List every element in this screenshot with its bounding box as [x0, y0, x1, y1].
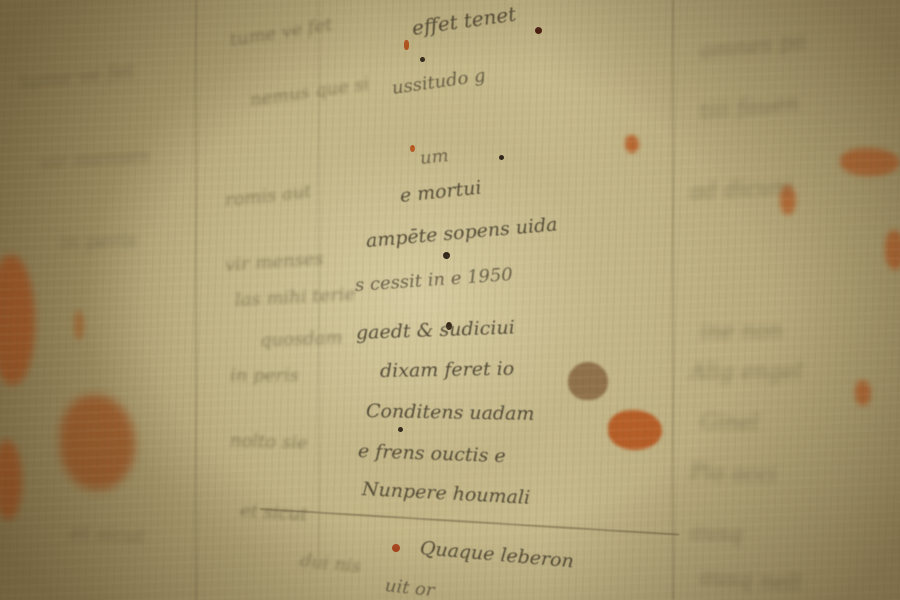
handwriting-line-right: omnes pa [699, 29, 808, 65]
ink-dot [499, 155, 504, 160]
heart-stain [568, 362, 608, 400]
ink-dot [392, 544, 400, 552]
handwriting-line-blurred: nemus que si [249, 73, 371, 111]
handwriting-line-right: Alig engel [690, 360, 802, 385]
handwriting-line: Conditens uadam [366, 400, 535, 425]
handwriting-line-right: Pia acci [690, 460, 778, 488]
handwriting-line: ampēte sopens uida [365, 213, 558, 252]
handwriting-line: dixam feret io [380, 358, 515, 382]
rust-stain-center [608, 410, 662, 450]
handwriting-line-blurred: et sicut [239, 500, 308, 526]
handwriting-line: effet tenet [410, 2, 517, 40]
ink-dot [535, 27, 542, 34]
handwriting-line-right: ad dicuni [689, 175, 793, 205]
rust-stain-left-lower [0, 440, 22, 520]
handwriting-line: e mortui [399, 177, 483, 207]
handwriting-line: s cessit in e 1950 [354, 264, 513, 296]
handwriting-line: um [419, 145, 450, 169]
handwriting-line-far-left: et sicut [69, 520, 145, 548]
handwriting-line-blurred: in peris [230, 365, 299, 386]
ink-dot [420, 57, 425, 62]
ink-dot [443, 252, 450, 259]
ink-dot [410, 145, 415, 152]
handwriting-line-blurred: las mihi terie [234, 284, 355, 311]
rust-stain-right-low [855, 380, 871, 406]
handwriting-line-far-left: tume ve fet [19, 58, 136, 94]
handwriting-line-blurred: vir menses [224, 248, 324, 276]
handwriting-line: Nunpere houmali [361, 478, 530, 509]
handwriting-line-far-left: vir menses [39, 142, 150, 174]
rust-stain-left-bottom [60, 395, 135, 490]
handwriting-line-blurred: quosdam [260, 327, 343, 351]
rust-stain-right-top [840, 148, 900, 176]
ink-dot [398, 427, 403, 432]
handwriting-line: uit or [384, 575, 436, 600]
handwriting-line-right: ine non [700, 319, 783, 345]
handwriting-line-blurred: nolto sie [230, 430, 308, 454]
handwriting-line: gaedt & sudiciui [356, 316, 515, 344]
ink-dot [404, 40, 409, 50]
column-edge-left [195, 0, 197, 600]
rust-stain-left-large [0, 255, 35, 385]
rust-stain-small-left [74, 310, 84, 340]
column-edge-right [672, 0, 674, 600]
handwriting-line-right: tiii fauen [699, 91, 800, 125]
handwriting-line: ussitudo g [391, 65, 487, 99]
handwriting-line-right: Ginel [700, 410, 759, 436]
rust-stain-top-right [625, 135, 639, 153]
handwriting-line-right: ausq [689, 520, 743, 548]
rust-stain-right-edge [885, 230, 900, 270]
handwriting-line-far-left: in peris [60, 227, 137, 254]
paper-crack [260, 508, 679, 536]
handwriting-line-blurred: dui nis [299, 550, 362, 577]
handwriting-line-right: ausq nell [699, 565, 801, 597]
manuscript-wall-photo: effet tenet ussitudo g um e mortui ampēt… [0, 0, 900, 600]
handwriting-line: Quaque leberon [419, 537, 575, 572]
handwriting-line: e frens ouctis e [358, 440, 506, 467]
handwriting-line-blurred: romis aut [224, 181, 313, 211]
